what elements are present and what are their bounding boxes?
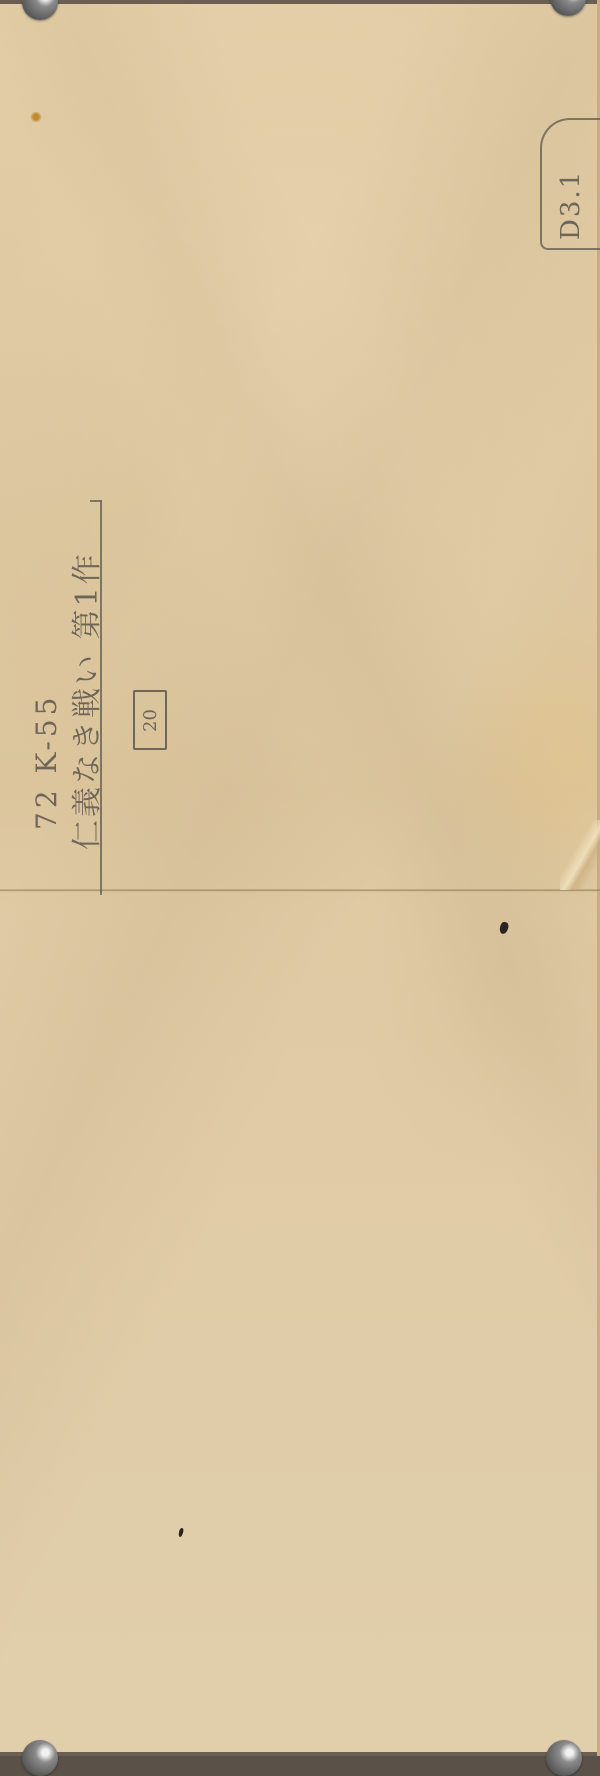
pin-hole — [178, 1528, 184, 1538]
pin-hole — [499, 921, 510, 935]
edge-tear — [560, 820, 600, 890]
magnet-icon — [546, 1740, 582, 1756]
boxed-number-note: 20 — [133, 690, 167, 750]
pencil-underline — [100, 500, 102, 895]
boxed-number: 20 — [140, 709, 161, 732]
poster-back-sheet: 72 K-55 仁義なき戦い 第1作 20 D3.1 — [0, 0, 600, 1756]
magnet-icon — [22, 0, 58, 20]
magnet-icon — [22, 1740, 58, 1756]
rust-stain — [30, 112, 42, 122]
corner-mark-note: D3.1 — [556, 170, 586, 240]
catalog-code-note: 72 K-55 — [30, 694, 63, 831]
magnet-icon — [550, 0, 586, 16]
top-edge — [0, 0, 600, 4]
bottom-edge — [0, 1752, 600, 1756]
pencil-underline-tick — [90, 500, 102, 502]
fold-crease — [0, 889, 600, 892]
